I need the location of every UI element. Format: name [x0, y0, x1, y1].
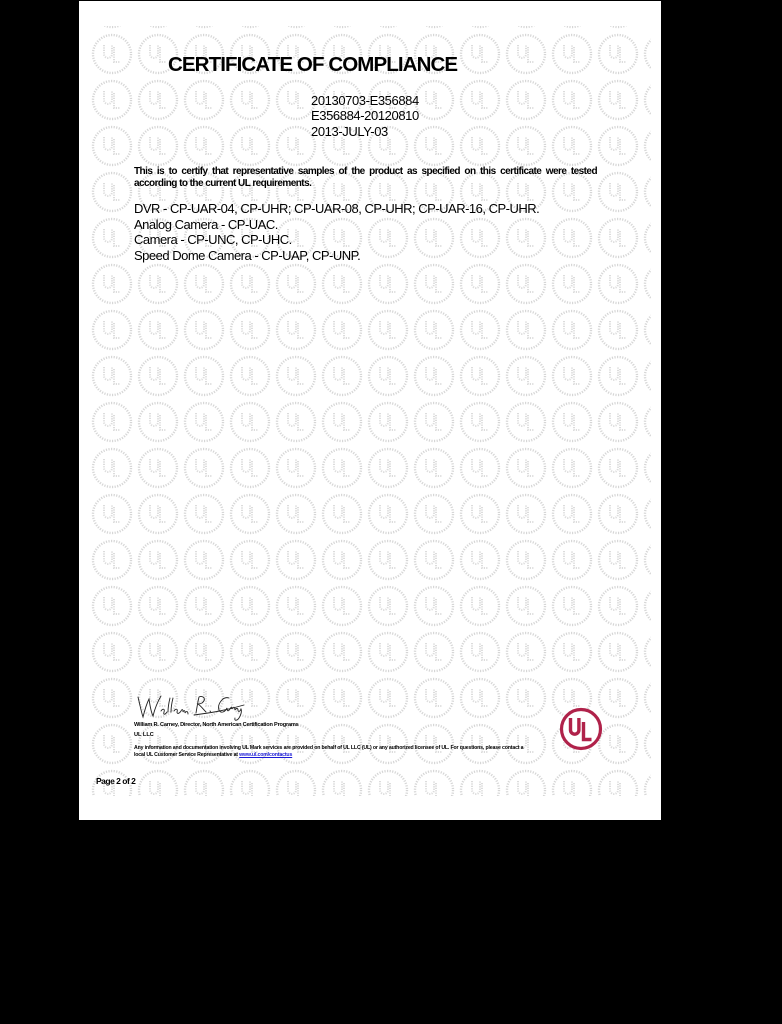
ul-mark-logo-icon: [559, 707, 603, 751]
disclaimer-text: Any information and documentation involv…: [134, 745, 534, 759]
handwritten-signature-icon: [134, 691, 249, 721]
product-item: Speed Dome Camera - CP-UAP, CP-UNP.: [134, 248, 539, 264]
disclaimer-body: Any information and documentation involv…: [134, 745, 523, 758]
product-item: Analog Camera - CP-UAC.: [134, 217, 539, 233]
signer-name-title: William R. Carney, Director, North Ameri…: [134, 722, 299, 728]
certificate-page: CERTIFICATE OF COMPLIANCE Certificate Nu…: [79, 1, 661, 820]
certificate-title: CERTIFICATE OF COMPLIANCE: [168, 53, 457, 77]
issue-date-value: 2013-JULY-03: [311, 124, 388, 139]
company-name: UL LLC: [134, 732, 154, 738]
page-number: Page 2 of 2: [96, 776, 135, 786]
product-list: DVR - CP-UAR-04, CP-UHR; CP-UAR-08, CP-U…: [134, 201, 539, 263]
certificate-number-value: 20130703-E356884: [311, 93, 419, 108]
certification-statement: This is to certify that representative s…: [134, 166, 597, 190]
contact-link[interactable]: www.ul.com/contactus: [239, 752, 292, 758]
report-reference-value: E356884-20120810: [311, 108, 419, 123]
product-item: DVR - CP-UAR-04, CP-UHR; CP-UAR-08, CP-U…: [134, 201, 539, 217]
product-item: Camera - CP-UNC, CP-UHC.: [134, 232, 539, 248]
